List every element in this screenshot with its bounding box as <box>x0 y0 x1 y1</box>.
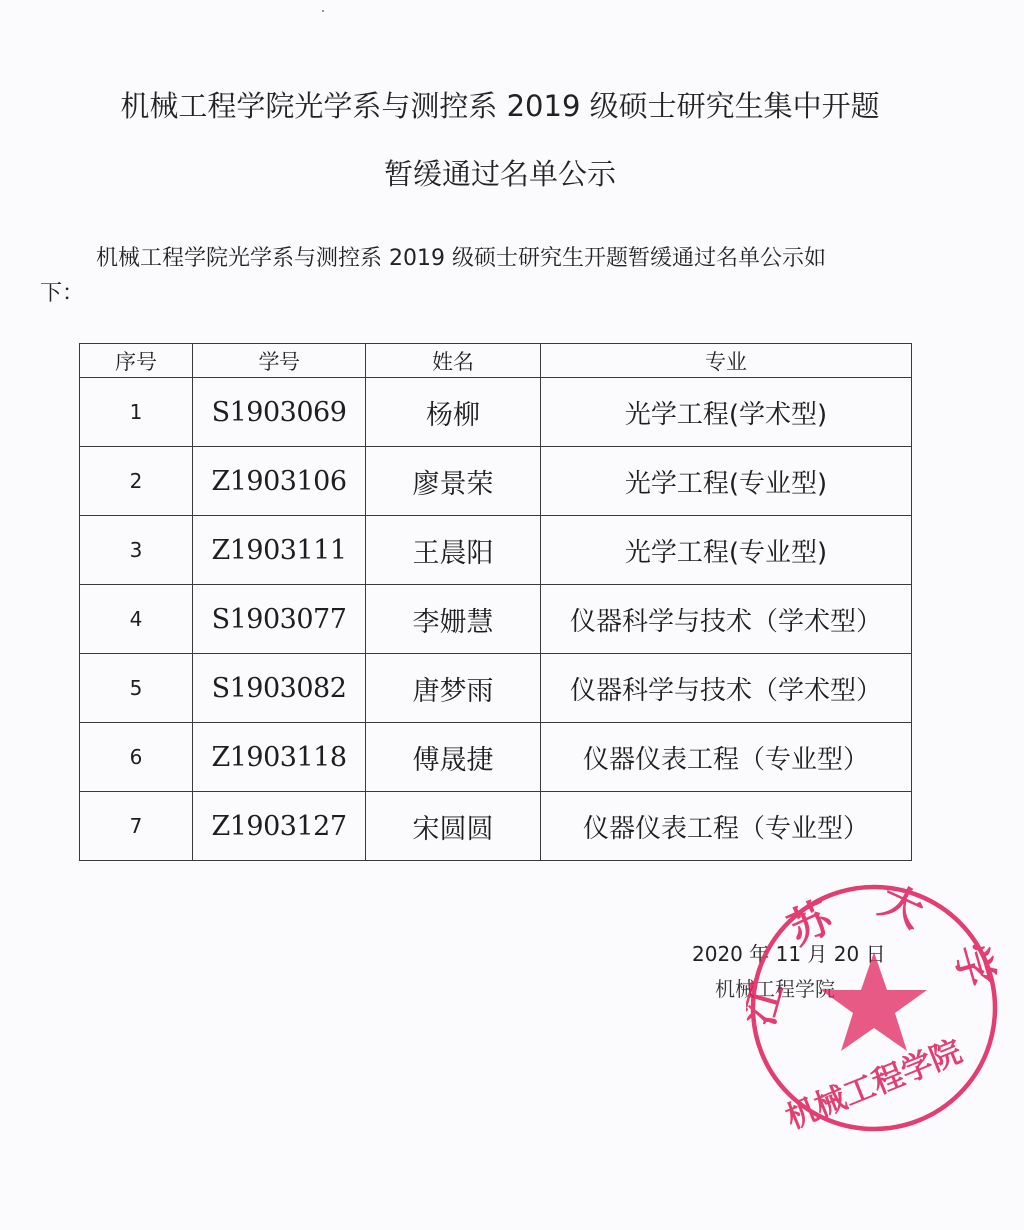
cell-serial-no: 1 <box>80 378 193 447</box>
cell-name: 王晨阳 <box>366 516 541 585</box>
seal-inner-text: 机械工程学院 <box>781 1033 967 1136</box>
intro-paragraph-line1: 机械工程学院光学系与测控系 2019 级硕士研究生开题暂缓通过名单公示如 <box>96 241 826 272</box>
cell-name: 宋圆圆 <box>366 792 541 861</box>
cell-major: 仪器科学与技术（学术型） <box>541 585 912 654</box>
cell-serial-no: 5 <box>80 654 193 723</box>
cell-student-id: Z1903127 <box>193 792 366 861</box>
cell-major: 仪器仪表工程（专业型） <box>541 792 912 861</box>
header-name: 姓名 <box>366 344 541 378</box>
table-row: 7 Z1903127 宋圆圆 仪器仪表工程（专业型） <box>80 792 912 861</box>
document-title-line1: 机械工程学院光学系与测控系 2019 级硕士研究生集中开题 <box>0 84 1000 125</box>
table-header-row: 序号 学号 姓名 专业 <box>80 344 912 378</box>
cell-serial-no: 4 <box>80 585 193 654</box>
table-row: 5 S1903082 唐梦雨 仪器科学与技术（学术型） <box>80 654 912 723</box>
intro-paragraph-line2: 下： <box>40 276 84 307</box>
cell-serial-no: 7 <box>80 792 193 861</box>
table-row: 1 S1903069 杨柳 光学工程(学术型) <box>80 378 912 447</box>
document-title-line2: 暂缓通过名单公示 <box>0 152 1000 193</box>
cell-student-id: S1903077 <box>193 585 366 654</box>
cell-major: 仪器科学与技术（学术型） <box>541 654 912 723</box>
cell-name: 唐梦雨 <box>366 654 541 723</box>
cell-student-id: Z1903106 <box>193 447 366 516</box>
header-student-id: 学号 <box>193 344 366 378</box>
cell-serial-no: 2 <box>80 447 193 516</box>
cell-major: 光学工程(专业型) <box>541 516 912 585</box>
cell-serial-no: 6 <box>80 723 193 792</box>
header-major: 专业 <box>541 344 912 378</box>
cell-name: 杨柳 <box>366 378 541 447</box>
cell-student-id: S1903069 <box>193 378 366 447</box>
cell-name: 廖景荣 <box>366 447 541 516</box>
table-row: 2 Z1903106 廖景荣 光学工程(专业型) <box>80 447 912 516</box>
cell-student-id: S1903082 <box>193 654 366 723</box>
table-row: 6 Z1903118 傅晟捷 仪器仪表工程（专业型） <box>80 723 912 792</box>
cell-serial-no: 3 <box>80 516 193 585</box>
scan-speck <box>322 10 324 12</box>
signature-organization: 机械工程学院 <box>715 973 835 1002</box>
signature-date: 2020 年 11 月 20 日 <box>692 938 886 967</box>
official-seal-stamp: 江苏大学 机械工程学院 <box>746 880 1002 1136</box>
deferred-list-table: 序号 学号 姓名 专业 1 S1903069 杨柳 光学工程(学术型) 2 Z1… <box>79 343 912 861</box>
table-row: 3 Z1903111 王晨阳 光学工程(专业型) <box>80 516 912 585</box>
cell-major: 光学工程(学术型) <box>541 378 912 447</box>
table-row: 4 S1903077 李姗慧 仪器科学与技术（学术型） <box>80 585 912 654</box>
cell-major: 仪器仪表工程（专业型） <box>541 723 912 792</box>
cell-student-id: Z1903111 <box>193 516 366 585</box>
cell-student-id: Z1903118 <box>193 723 366 792</box>
cell-major: 光学工程(专业型) <box>541 447 912 516</box>
cell-name: 傅晟捷 <box>366 723 541 792</box>
cell-name: 李姗慧 <box>366 585 541 654</box>
header-serial-no: 序号 <box>80 344 193 378</box>
